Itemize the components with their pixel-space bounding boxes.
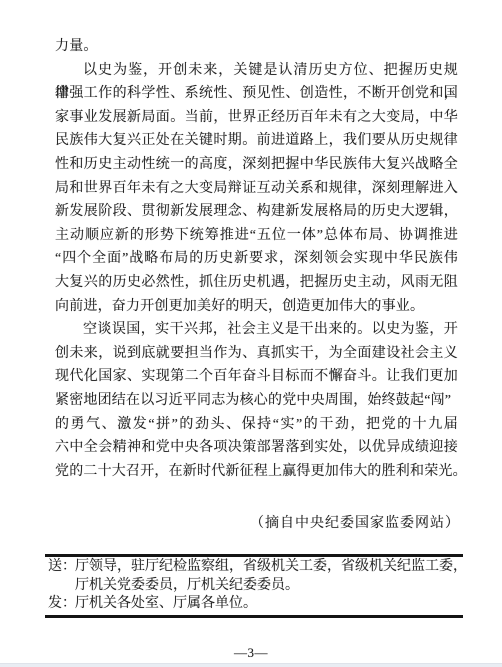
- body-line: 大复兴的历史必然性，抓住历史机遇，把握历史主动，风雨无阻: [55, 271, 458, 295]
- distribution-lines: 厅领导，驻厅纪检监察组，省级机关工委，省级机关纪监工委，厅机关党委委员，厅机关纪…: [75, 558, 467, 595]
- body-line: 党的二十大召开，在新时代新征程上赢得更加伟大的胜利和荣光。: [55, 460, 458, 484]
- body-line: 现代化国家、实现第二个百年奋斗目标而不懈奋斗。让我们更加: [55, 365, 458, 389]
- body-line: 紧密地团结在以习近平同志为核心的党中央周围，始终鼓起“闯”: [55, 389, 458, 413]
- body-line: 的勇气、激发“拼”的劲头、保持“实”的干劲，把党的十九届: [55, 413, 458, 437]
- body-line: 民族伟大复兴正处在关键时期。前进道路上，我们要从历史规律: [55, 129, 458, 153]
- distribution-line: 厅领导，驻厅纪检监察组，省级机关工委，省级机关纪监工委，: [75, 558, 467, 577]
- body-line: 创未来，说到底就要担当作为、真抓实干，为全面建设社会主义: [55, 342, 458, 366]
- bottom-edge-strip: [0, 663, 502, 667]
- body-line: 以史为鉴，开创未来，关键是认清历史方位、把握历史规律，: [55, 59, 458, 83]
- attribution-line: （摘自中央纪委国家监委网站）: [55, 512, 460, 536]
- body-line: 向前进，奋力开创更加美好的明天，创造更加伟大的事业。: [55, 295, 458, 319]
- body-line: “四个全面”战略布局的历史新要求，深刻领会实现中华民族伟: [55, 247, 458, 271]
- body-line: 家事业发展新局面。当前，世界正经历百年未有之大变局，中华: [55, 106, 458, 130]
- body-line: 六中全会精神和党中央各项决策部署落到实处，以优异成绩迎接: [55, 436, 458, 460]
- distribution-block: 送：厅领导，驻厅纪检监察组，省级机关工委，省级机关纪监工委，厅机关党委委员，厅机…: [45, 554, 463, 618]
- distribution-row: 发：厅机关各处室、厅属各单位。: [45, 595, 463, 614]
- body-line: 局和世界百年未有之大变局辩证互动关系和规律，深刻理解进入: [55, 177, 458, 201]
- body-line: 力量。: [55, 35, 458, 59]
- body-line: 增强工作的科学性、系统性、预见性、创造性，不断开创党和国: [55, 82, 458, 106]
- document-page: 力量。以史为鉴，开创未来，关键是认清历史方位、把握历史规律，增强工作的科学性、系…: [0, 0, 502, 667]
- body-line: 新发展阶段、贯彻新发展理念、构建新发展格局的历史大逻辑，: [55, 200, 458, 224]
- distribution-row: 送：厅领导，驻厅纪检监察组，省级机关工委，省级机关纪监工委，厅机关党委委员，厅机…: [45, 558, 463, 595]
- distribution-label: 送：: [48, 558, 75, 577]
- page-number: —3—: [0, 644, 502, 662]
- body-line: 性和历史主动性统一的高度，深刻把握中华民族伟大复兴战略全: [55, 153, 458, 177]
- body-line: 空谈误国，实干兴邦，社会主义是干出来的。以史为鉴，开: [55, 318, 458, 342]
- body-text: 力量。以史为鉴，开创未来，关键是认清历史方位、把握历史规律，增强工作的科学性、系…: [55, 35, 458, 483]
- distribution-line: 厅机关党委委员，厅机关纪委委员。: [75, 577, 467, 596]
- body-line: 主动顺应新的形势下统筹推进“五位一体”总体布局、协调推进: [55, 224, 458, 248]
- distribution-line: 厅机关各处室、厅属各单位。: [75, 595, 463, 614]
- distribution-label: 发：: [48, 595, 75, 614]
- distribution-lines: 厅机关各处室、厅属各单位。: [75, 595, 463, 614]
